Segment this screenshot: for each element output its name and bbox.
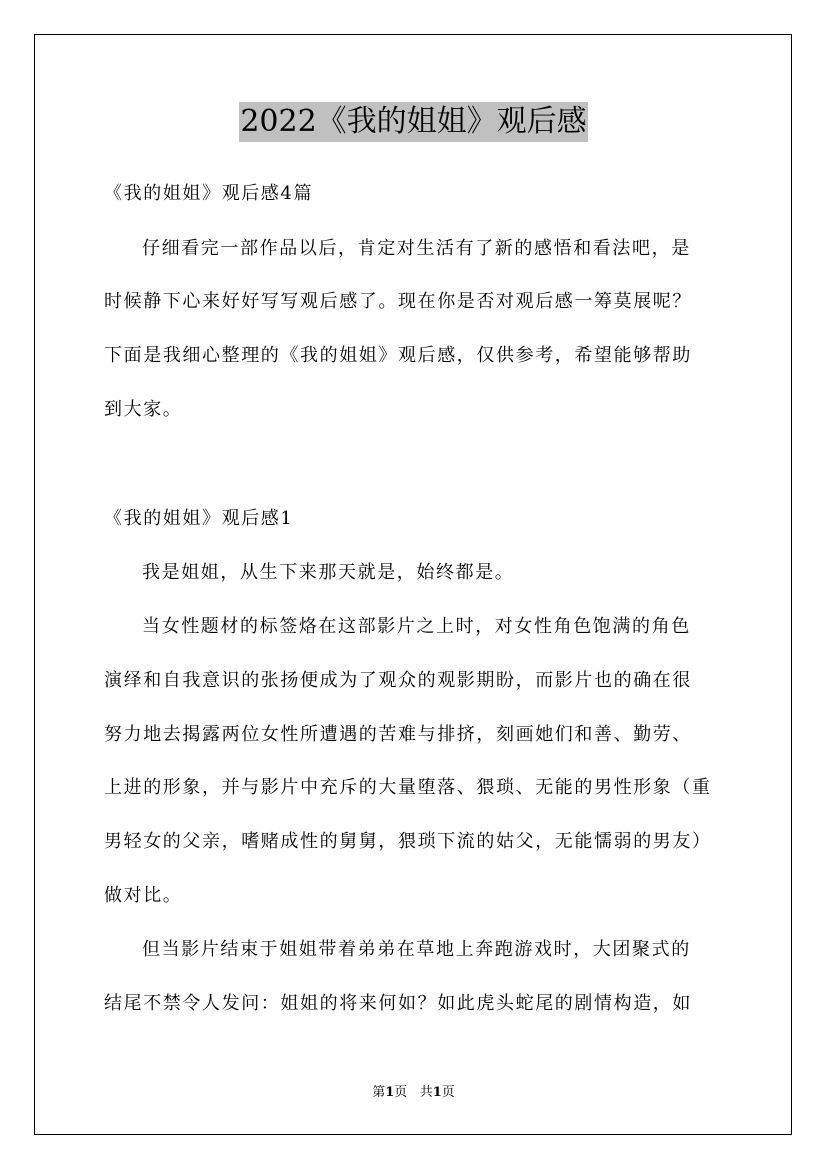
subtitle: 《我的姐姐》观后感4篇: [104, 183, 744, 205]
intro-line-3: 下面是我细心整理的《我的姐姐》观后感，仅供参考，希望能够帮助: [104, 345, 744, 367]
page-prefix: 第: [372, 1085, 385, 1100]
paragraph-2-line-3: 努力地去揭露两位女性所遭遇的苦难与排挤，刻画她们和善、勤劳、: [104, 724, 744, 746]
paragraph-3-line-1: 但当影片结束于姐姐带着弟弟在草地上奔跑游戏时，大团聚式的: [142, 939, 782, 961]
total-suffix: 页: [442, 1085, 455, 1100]
paragraph-2-line-5: 男轻女的父亲，嗜赌成性的舅舅，猥琐下流的姑父，无能懦弱的男友）: [104, 831, 744, 853]
section-heading: 《我的姐姐》观后感1: [104, 508, 744, 530]
intro-line-1: 仔细看完一部作品以后，肯定对生活有了新的感悟和看法吧，是: [142, 238, 782, 260]
page-footer: 第1页 共1页: [0, 1085, 827, 1101]
page-total: 1: [433, 1085, 442, 1100]
title-container: 2022《我的姐姐》观后感: [0, 102, 827, 142]
paragraph-3-line-2: 结尾不禁令人发问：姐姐的将来何如？如此虎头蛇尾的剧情构造，如: [104, 993, 744, 1015]
intro-line-4: 到大家。: [104, 399, 744, 421]
page-suffix: 页: [394, 1085, 407, 1100]
paragraph-2-line-1: 当女性题材的标签烙在这部影片之上时，对女性角色饱满的角色: [142, 616, 782, 638]
total-prefix: 共: [420, 1085, 433, 1100]
paragraph-2-line-6: 做对比。: [104, 885, 744, 907]
paragraph-1: 我是姐姐，从生下来那天就是，始终都是。: [142, 562, 782, 584]
paragraph-2-line-2: 演绎和自我意识的张扬便成为了观众的观影期盼，而影片也的确在很: [104, 670, 744, 692]
paragraph-2-line-4: 上进的形象，并与影片中充斥的大量堕落、猥琐、无能的男性形象（重: [104, 777, 744, 799]
intro-line-2: 时候静下心来好好写写观后感了。现在你是否对观后感一筹莫展呢？: [104, 291, 744, 313]
document-title: 2022《我的姐姐》观后感: [239, 102, 587, 142]
page-current: 1: [385, 1085, 394, 1100]
